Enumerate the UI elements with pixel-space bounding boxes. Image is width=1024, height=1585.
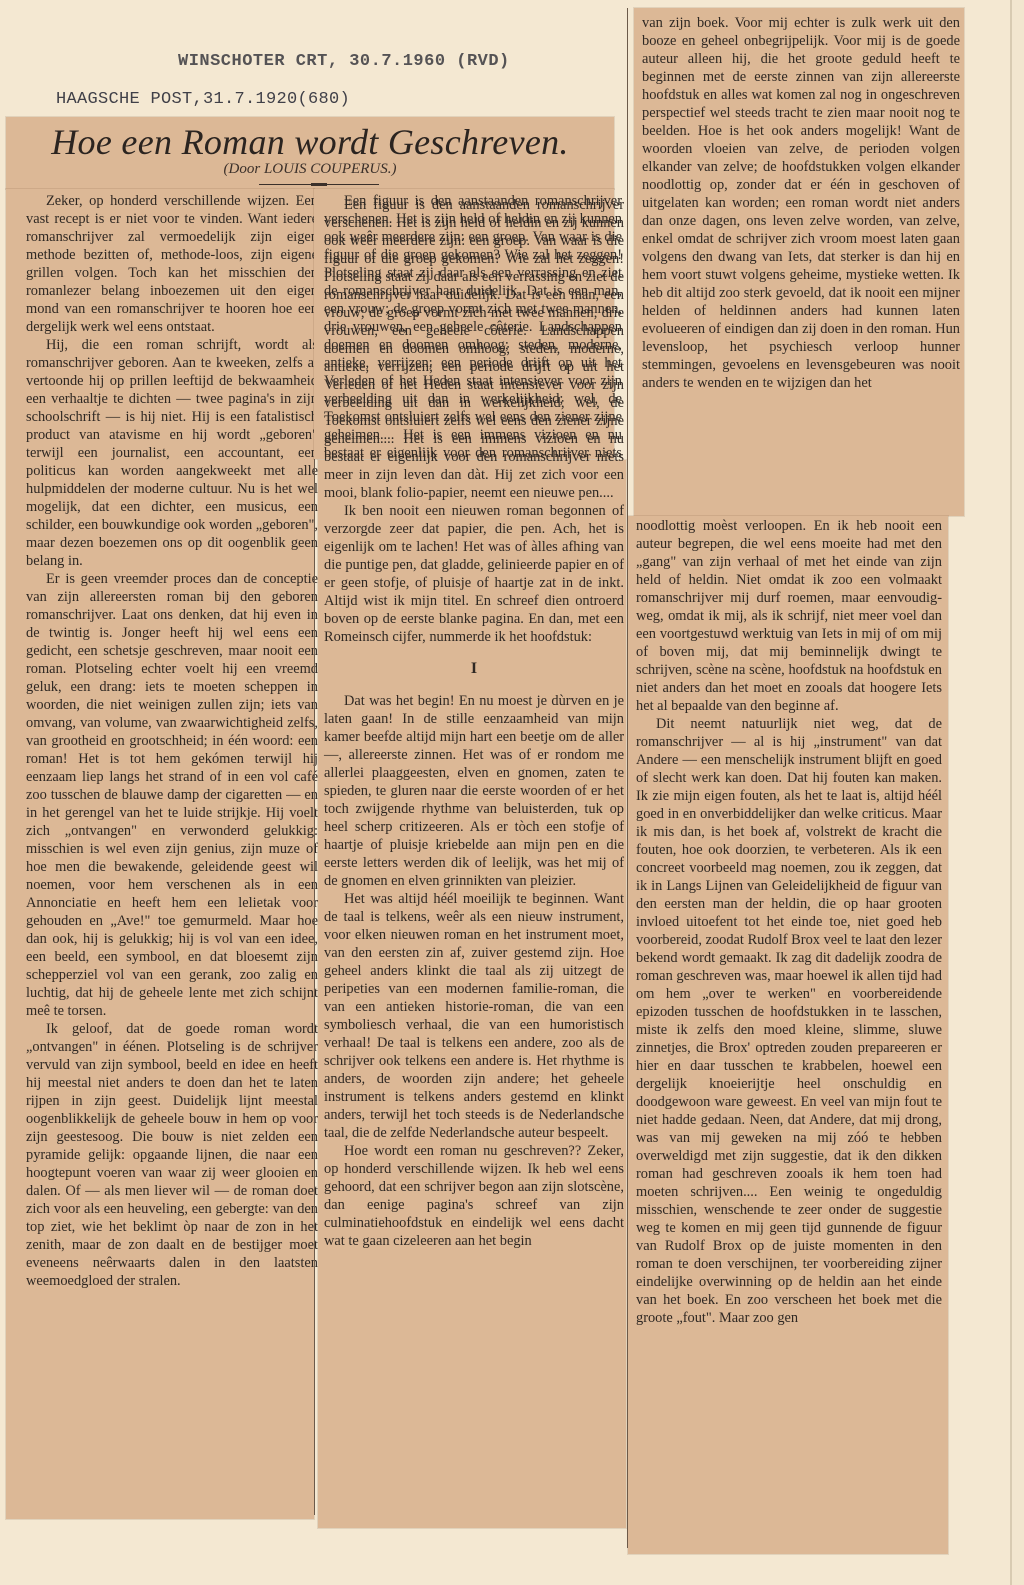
column-3-text-top: van zijn boek. Voor mij echter is zulk w… [642, 14, 960, 392]
article-title: Hoe een Roman wordt Geschreven. [6, 121, 614, 163]
paragraph: Er is geen vreemder proces dan de concep… [26, 570, 318, 1020]
paragraph: Ik ben nooit een nieuwen roman begonnen … [324, 502, 624, 646]
column-3-clipping-bottom: noodlottig moèst verloopen. En ik heb no… [628, 516, 948, 1554]
archive-page: WINSCHOTER CRT, 30.7.1960 (RVD) HAAGSCHE… [0, 0, 1012, 1585]
column-3-text-bottom: noodlottig moèst verloopen. En ik heb no… [636, 517, 942, 1327]
headline-clipping: Hoe een Roman wordt Geschreven. (Door LO… [6, 117, 614, 189]
archive-stamp: WINSCHOTER CRT, 30.7.1960 (RVD) [178, 52, 510, 71]
paragraph: Dat was het begin! En nu moest je dùrven… [324, 692, 624, 890]
paragraph: Ik geloof, dat de goede roman wordt „ont… [26, 1020, 318, 1290]
paragraph: Dit neemt natuurlijk niet weg, dat de ro… [636, 715, 942, 1327]
chapter-number: I [324, 660, 624, 678]
paragraph: Het was altijd héél moeilijk te beginnen… [324, 890, 624, 1142]
paragraph: noodlottig moèst verloopen. En ik heb no… [636, 517, 942, 715]
column-1-text: Zeker, op honderd verschillende wijzen. … [26, 192, 318, 1290]
column-2-text-bottom: Een figuur is den aanstaanden romanschri… [324, 196, 624, 1250]
paragraph: van zijn boek. Voor mij echter is zulk w… [642, 14, 960, 392]
paragraph: Hij, die een roman schrijft, wordt als r… [26, 336, 318, 570]
column-3-clipping-top: van zijn boek. Voor mij echter is zulk w… [634, 8, 964, 516]
article-byline: (Door LOUIS COUPERUS.) [6, 161, 614, 178]
paragraph: Hoe wordt een roman nu geschreven?? Zeke… [324, 1142, 624, 1250]
source-stamp: HAAGSCHE POST,31.7.1920(680) [56, 90, 350, 109]
column-2-clipping-bottom: Een figuur is den aanstaanden romanschri… [318, 460, 626, 1528]
paragraph: Een figuur is den aanstaanden romanschri… [324, 196, 624, 502]
title-divider [259, 184, 379, 185]
column-1-clipping: Zeker, op honderd verschillende wijzen. … [6, 189, 314, 1519]
paragraph: Zeker, op honderd verschillende wijzen. … [26, 192, 318, 336]
